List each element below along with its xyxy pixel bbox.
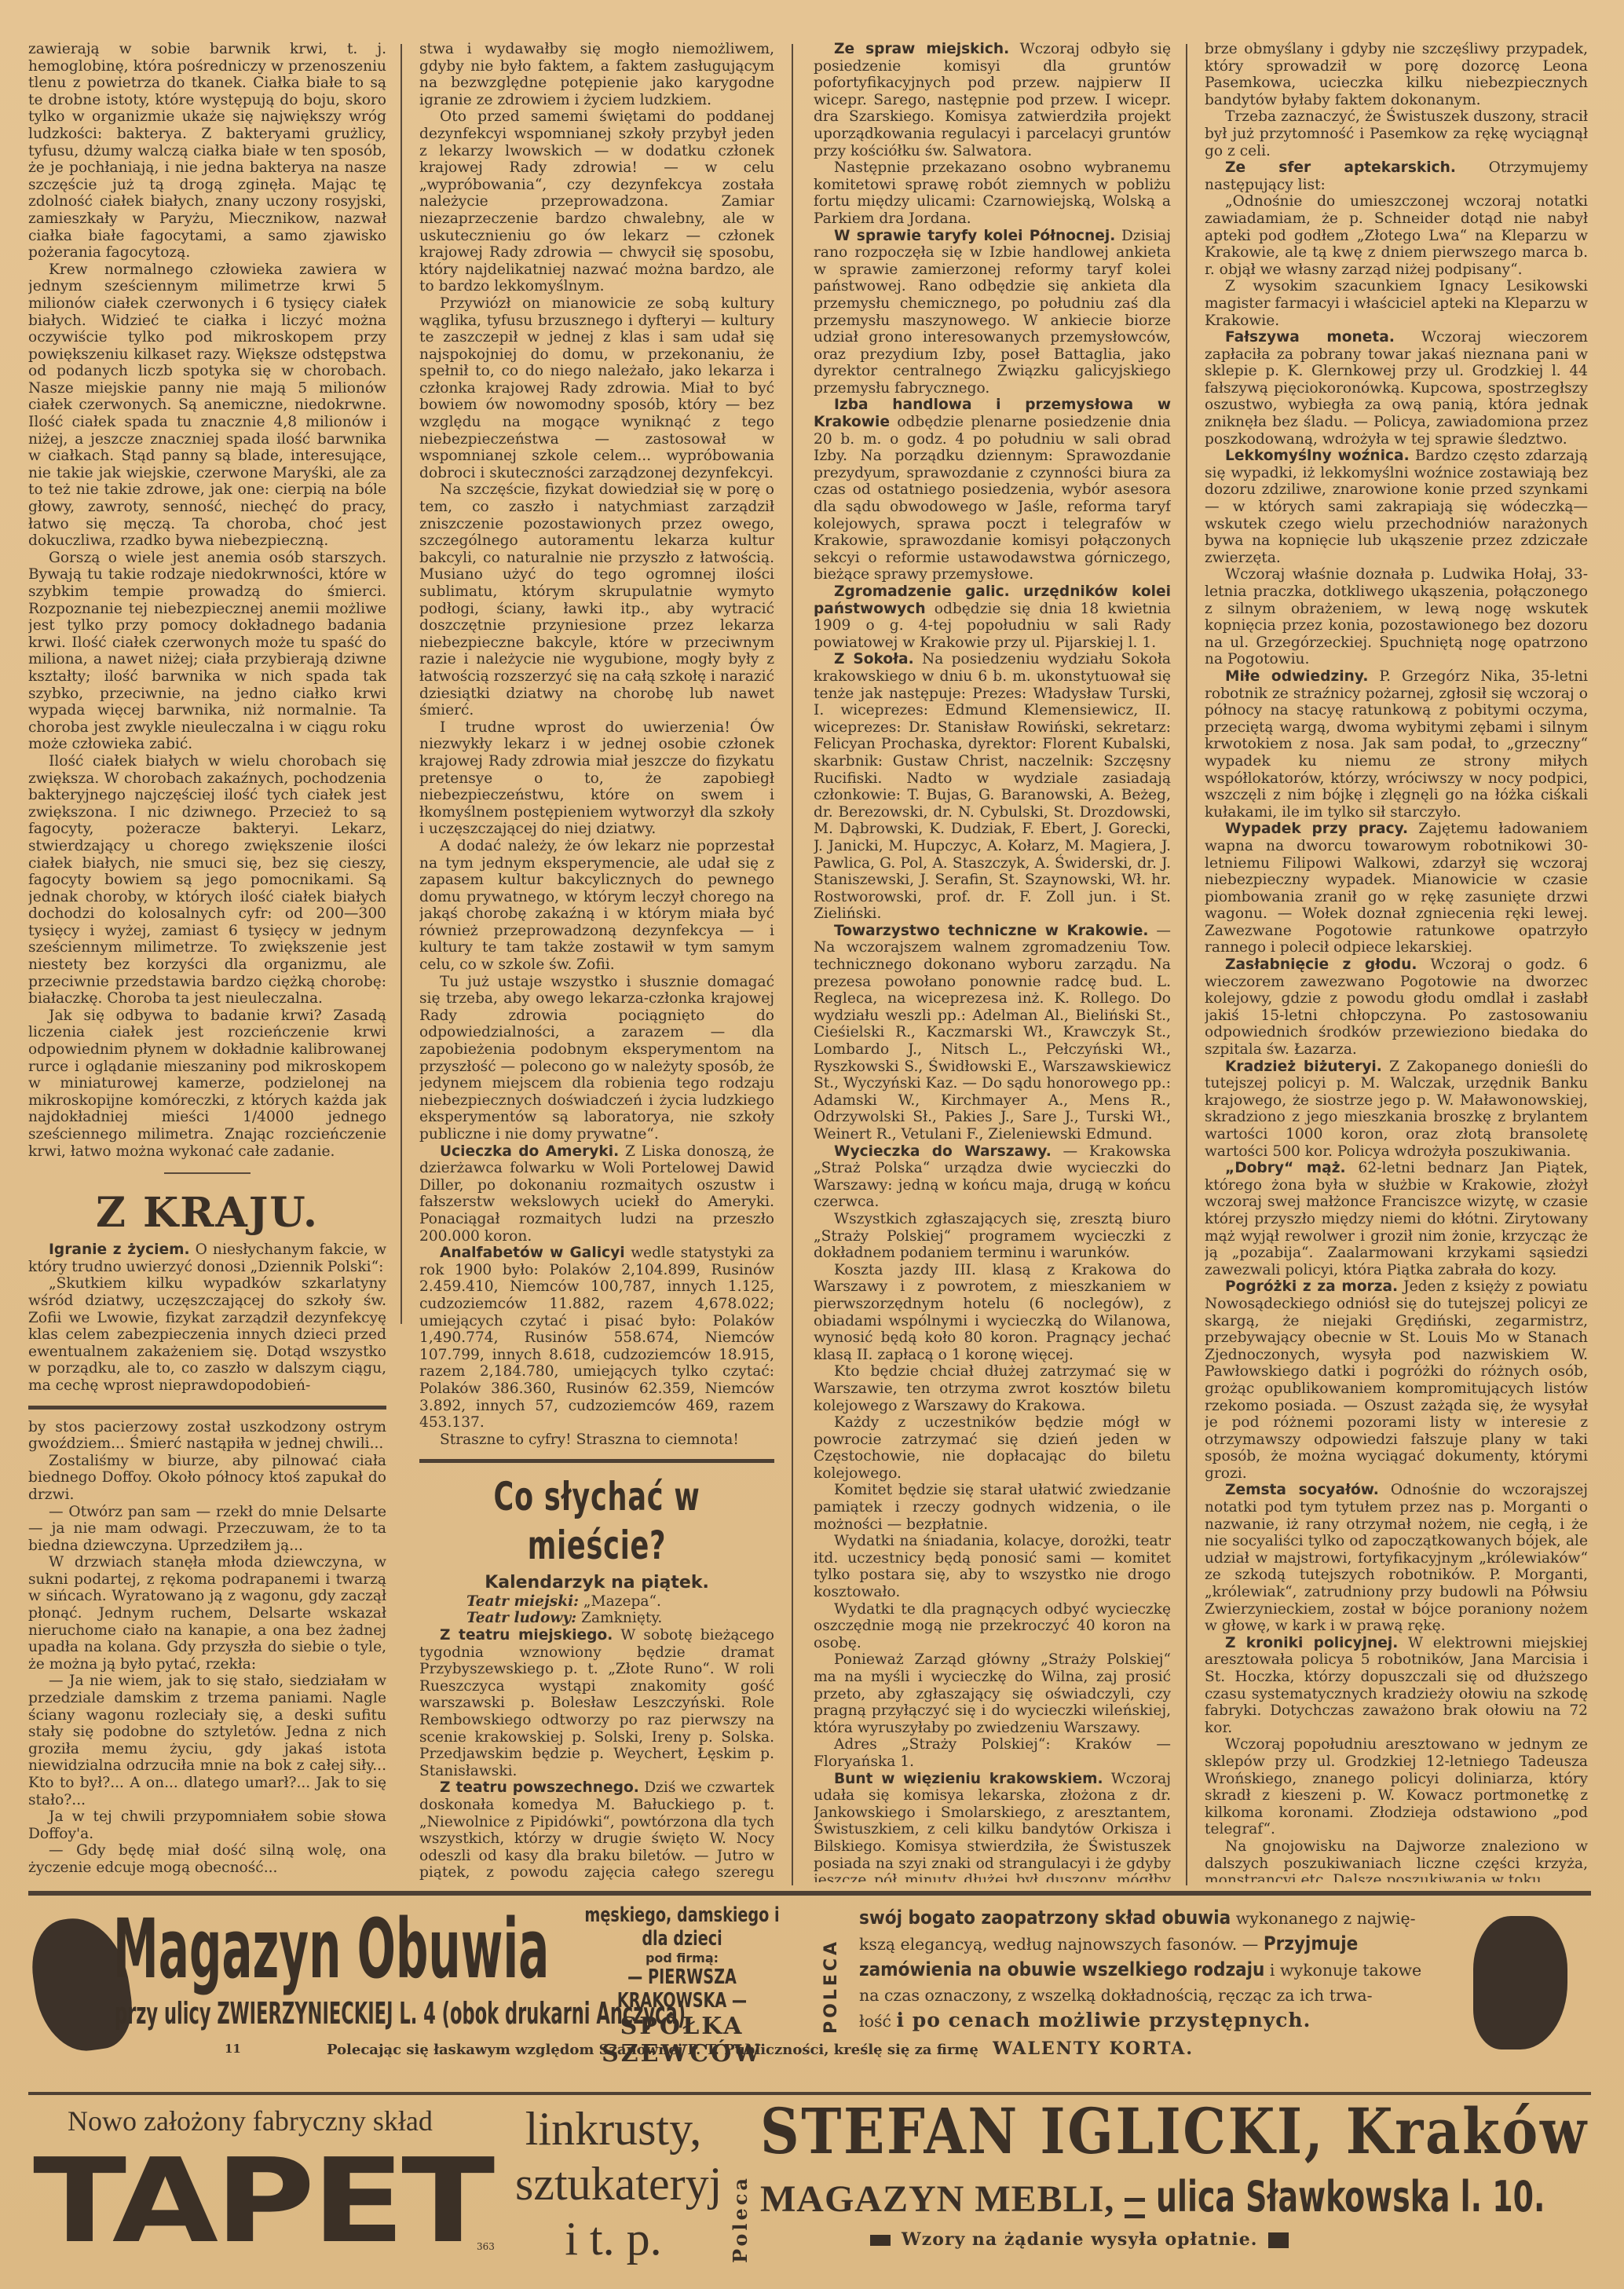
article-paragraph: — Gdy będę miał dość silną wolę, ona życ… [28,1842,386,1876]
furniture-ad: STEFAN IGLICKI, Kraków MAGAZYN MEBLI, ul… [760,2093,1591,2250]
article-lead-heading: Analfabetów w Galicyi [440,1245,625,1261]
shoe-ad-title: Magazyn Obuwia [113,1902,549,1996]
city-news-continued-2: brze obmyślany i gdyby nie szczęśliwy pr… [1205,41,1588,1882]
furniture-ad-address-line: MAGAZYN MEBLI, ulica Sławkowska l. 10. [760,2172,1591,2221]
article-lead-heading: Zgromadzenie galic. urzędników kolei pań… [814,583,1171,617]
column-1: zawierają w sobie barwnik krwi, t. j. he… [28,41,386,1882]
article-paragraph-with-lead: Wypadek przy pracy. Zajętemu ładowaniem … [1205,821,1588,956]
article-lead-heading: Wypadek przy pracy. [1225,821,1408,837]
pointing-hand-icon [1268,2232,1289,2248]
section-divider [419,1459,774,1463]
article-paragraph-with-lead: Zasłabnięcie z głodu. Wczoraj o godz. 6 … [1205,956,1588,1059]
article-paragraph: Tu już ustaje wszystko i słusznie domaga… [419,974,774,1143]
blood-article: zawierają w sobie barwnik krwi, t. j. he… [28,41,386,1160]
article-lead-heading: Zemsta socyałów. [1225,1482,1379,1498]
article-paragraph: Na szczęście, fizykat dowiedział się w p… [419,481,774,719]
article-lead-heading: Lekkomyślny woźnica. [1225,448,1410,464]
shoe-ad-number: 11 [225,2042,241,2056]
article-paragraph-with-lead: Lekkomyślny woźnica. Bardzo często zdarz… [1205,448,1588,566]
calendar-list: Teatr miejski: „Mazepa“.Teatr ludowy: Za… [419,1593,774,1627]
calendar-title: Kalendarzyk na piątek. [419,1574,774,1592]
article-paragraph-with-lead: „Dobry“ mąż. 62-letni bednarz Jan Piątek… [1205,1160,1588,1278]
calendar-entry-label: Teatr miejski: [466,1593,579,1610]
article-lead-heading: W sprawie taryfy kolei Północnej. [834,228,1115,244]
article-paragraph: Adres „Straży Polskiej“: Kraków — Florya… [814,1736,1171,1770]
wallpaper-and-furniture-ads: Nowo założony fabryczny skład TAPET 363 … [28,2098,1591,2279]
article-paragraph-with-lead: Wycieczka do Warszawy. — Krakowska „Stra… [814,1143,1171,1211]
article-paragraph-with-lead: Z kroniki policyjnej. W elektrowni miejs… [1205,1635,1588,1737]
article-lead-heading: Zasłabnięcie z głodu. [1225,956,1417,973]
article-paragraph-with-lead: Z Sokoła. Na posiedzeniu wydziału Sokoła… [814,651,1171,923]
column-rule [1186,44,1187,1885]
shoe-ad-body: swój bogato zaopatrzony skład obuwia wyk… [859,1905,1456,2034]
article-paragraph-with-lead: Bunt w więzieniu krakowskiem. Wczoraj ud… [814,1771,1171,1882]
z-kraju-articles: Igranie z życiem. O niesłychanym fakcie,… [28,1241,386,1394]
article-paragraph-with-lead: Kradzież biżuteryi. Z Zakopanego donieśl… [1205,1059,1588,1161]
column-2: stwa i wydawałby się mogło niemożliwem, … [419,41,774,1882]
article-paragraph: Trzeba zaznaczyć, że Świstuszek duszony,… [1205,108,1588,159]
city-news-continued: Ze spraw miejskich. Wczoraj odbyło się p… [814,41,1171,1882]
article-paragraph-with-lead: Pogróżki z za morza. Jeden z księży z po… [1205,1278,1588,1482]
article-paragraph-with-lead: Fałszywa moneta. Wczoraj wieczorem zapła… [1205,329,1588,448]
section-heading-z-kraju: Z KRAJU. [28,1188,386,1238]
article-paragraph-with-lead: Ze spraw miejskich. Wczoraj odbyło się p… [814,41,1171,159]
column-4: brze obmyślany i gdyby nie szczęśliwy pr… [1205,41,1588,1882]
article-lead-heading: Kradzież biżuteryi. [1225,1059,1382,1075]
article-lead-heading: Ze spraw miejskich. [834,41,1009,57]
z-kraju-continued: stwa i wydawałby się mogło niemożliwem, … [419,41,774,1448]
article-paragraph: Wydatki na śniadania, kolacye, dorożki, … [814,1533,1171,1600]
wallpaper-ad-intro: Nowo założony fabryczny skład [68,2104,433,2137]
equals-ornament-icon [1125,2198,1145,2218]
article-paragraph-with-lead: Izba handlowa i przemysłowa w Krakowie o… [814,397,1171,583]
wallpaper-ad-items: linkrusty,sztukateryji t. p. [515,2101,711,2266]
article-lead-heading: Pogróżki z za morza. [1225,1278,1398,1295]
article-paragraph-with-lead: Z teatru powszechnego. Dziś we czwartek … [419,1779,774,1882]
article-paragraph: Gorszą o wiele jest anemia osób starszyc… [28,550,386,753]
article-paragraph: — Otwórz pan sam — rzekł do mnie Delsart… [28,1504,386,1555]
article-paragraph: Oto przed samemi świętami do poddanej de… [419,108,774,295]
article-paragraph: Wczoraj właśnie doznała p. Ludwika Hołaj… [1205,566,1588,668]
article-paragraph: Krew normalnego człowieka zawiera w jedn… [28,261,386,550]
ad-separator-rule [28,1891,1591,1896]
shoe-store-ad: Magazyn Obuwia męskiego, damskiego i dla… [28,1902,1591,2063]
article-columns: zawierają w sobie barwnik krwi, t. j. he… [28,41,1591,1886]
article-paragraph-with-lead: Z teatru miejskiego. W sobotę bieżącego … [419,1627,774,1779]
article-paragraph-with-lead: Zgromadzenie galic. urzędników kolei pań… [814,583,1171,651]
article-paragraph: Następnie przekazano osobno wybranemu ko… [814,159,1171,227]
article-paragraph: Straszne to cyfry! Straszna to ciemnota! [419,1432,774,1449]
article-lead-heading: Igranie z życiem. [49,1241,190,1258]
article-paragraph: Komitet będzie się starał ułatwić zwiedz… [814,1482,1171,1533]
article-paragraph: Jak się odbywa to badanie krwi? Zasadą l… [28,1007,386,1160]
article-paragraph-with-lead: W sprawie taryfy kolei Północnej. Dzisia… [814,228,1171,397]
wallpaper-ad-big-word: TAPET [33,2142,492,2260]
article-paragraph-with-lead: Analfabetów w Galicyi wedle statystyki z… [419,1245,774,1432]
furniture-ad-address: ulica Sławkowska l. 10. [1156,2172,1545,2221]
column-rule [401,44,402,1324]
furniture-ad-note-line: Wzory na żądanie wysyła opłatnie. [870,2229,1591,2250]
article-paragraph-with-lead: Ucieczka do Ameryki. Z Liska donoszą, że… [419,1143,774,1245]
article-lead-heading: „Dobry“ mąż. [1225,1160,1346,1176]
article-paragraph-with-lead: Towarzystwo techniczne w Krakowie. — Na … [814,923,1171,1143]
article-paragraph: brze obmyślany i gdyby nie szczęśliwy pr… [1205,41,1588,108]
article-lead-heading: Ze sfer aptekarskich. [1225,159,1456,176]
article-lead-heading: Z teatru powszechnego. [440,1779,639,1796]
shoe-illustration-icon [1473,1916,1567,2049]
article-paragraph: W drzwiach stanęła młoda dziewczyna, w s… [28,1554,386,1673]
furniture-ad-name: STEFAN IGLICKI, Kraków [760,2093,1475,2169]
article-lead-heading: Miłe odwiedziny. [1225,668,1368,685]
article-paragraph: Przywiózł on mianowicie ze sobą kultury … [419,295,774,482]
wallpaper-ad-item: linkrusty, [515,2101,711,2156]
article-paragraph: stwa i wydawałby się mogło niemożliwem, … [419,41,774,108]
article-lead-heading: Izba handlowa i przemysłowa w Krakowie [814,397,1171,430]
feuilleton-divider [28,1406,386,1410]
feuilleton-story: by stos pacierzowy został uszkodzony ost… [28,1419,386,1877]
column-3: Ze spraw miejskich. Wczoraj odbyło się p… [814,41,1171,1882]
article-paragraph: Każdy z uczestników będzie mógł w powroc… [814,1414,1171,1482]
article-paragraph: Wydatki te dla pragnących odbyć wycieczk… [814,1601,1171,1652]
article-paragraph-with-lead: Igranie z życiem. O niesłychanym fakcie,… [28,1241,386,1275]
calendar-entry-label: Teatr ludowy: [466,1610,576,1626]
shoe-ad-kinds: męskiego, damskiego i dla dzieci [571,1903,793,1951]
article-paragraph: — Ja nie wiem, jak to się stało, siedzia… [28,1673,386,1808]
article-paragraph: Zostaliśmy w biurze, aby pilnować ciała … [28,1453,386,1504]
article-paragraph: Kto będzie chciał dłużej zatrzymać się w… [814,1363,1171,1414]
article-lead-heading: Z Sokoła. [834,651,914,667]
wallpaper-ad-vertical-label: Poleca [729,2106,752,2263]
article-paragraph: Wczoraj popołudniu aresztowano w jednym … [1205,1736,1588,1838]
shoe-ad-under-firm: pod firmą: [547,1951,817,1965]
wallpaper-ad-number: 363 [477,2241,495,2252]
article-paragraph: zawierają w sobie barwnik krwi, t. j. he… [28,41,386,261]
wallpaper-ad-item: i t. p. [515,2211,711,2266]
article-lead-heading: Ucieczka do Ameryki. [440,1143,619,1160]
article-lead-heading: Fałszywa moneta. [1225,329,1395,346]
section-divider [164,1172,251,1174]
article-lead-heading: Bunt w więzieniu krakowskiem. [834,1771,1103,1787]
article-paragraph: I trudne wprost do uwierzenia! Ów niezwy… [419,719,774,838]
article-paragraph: Na gnojowisku na Dajworze znaleziono w d… [1205,1838,1588,1882]
pointing-hand-icon [870,2235,891,2246]
article-paragraph: Z wysokim szacunkiem Ignacy Lesikowski m… [1205,278,1588,329]
article-lead-heading: Z teatru miejskiego. [440,1627,613,1644]
article-paragraph: Ja w tej chwili przypomniałem sobie słow… [28,1808,386,1842]
article-paragraph-with-lead: Zemsta socyałów. Odnośnie do wczorajszej… [1205,1482,1588,1634]
article-paragraph: Ilość ciałek białych w wielu chorobach s… [28,753,386,1007]
article-paragraph-with-lead: Miłe odwiedziny. P. Grzegórz Nika, 35-le… [1205,668,1588,821]
article-paragraph: „Odnośnie do umieszczonej wczoraj notatk… [1205,193,1588,278]
article-paragraph: Koszta jazdy III. klasą z Krakowa do War… [814,1262,1171,1364]
shoe-ad-address: przy ulicy ZWIERZYNIECKIEJ L. 4 (obok dr… [115,1996,686,2031]
calendar-entry: Teatr miejski: „Mazepa“. [419,1593,774,1611]
article-paragraph-with-lead: Ze sfer aptekarskich. Otrzymujemy następ… [1205,159,1588,193]
article-lead-heading: Wycieczka do Warszawy. [834,1143,1052,1160]
section-heading-co-slychac: Co słychać w mieście? [459,1472,736,1570]
article-paragraph: Wszystkich zgłaszających się, zresztą bi… [814,1211,1171,1262]
calendar-entry: Teatr ludowy: Zamknięty. [419,1610,774,1627]
column-rule [792,44,793,1885]
city-news-articles: Z teatru miejskiego. W sobotę bieżącego … [419,1627,774,1882]
shoe-ad-vertical-label: POLECA [821,1916,841,2034]
article-paragraph: by stos pacierzowy został uszkodzony ost… [28,1419,386,1453]
article-lead-heading: Towarzystwo techniczne w Krakowie. [834,923,1148,939]
shoe-ad-footer: Polecając się łaskawym względom Szanowne… [327,2039,1194,2059]
wallpaper-ad-item: sztukateryj [515,2156,711,2211]
article-paragraph: „Skutkiem kilku wypadków szkarlatyny wśr… [28,1275,386,1394]
article-paragraph: Ponieważ Zarząd główny „Straży Polskiej“… [814,1651,1171,1736]
newspaper-page: zawierają w sobie barwnik krwi, t. j. he… [0,0,1624,2289]
furniture-ad-shop-label: MAGAZYN MEBLI, [760,2178,1114,2220]
article-lead-heading: Z kroniki policyjnej. [1225,1635,1398,1651]
article-paragraph: A dodać należy, że ów lekarz nie poprzes… [419,838,774,974]
